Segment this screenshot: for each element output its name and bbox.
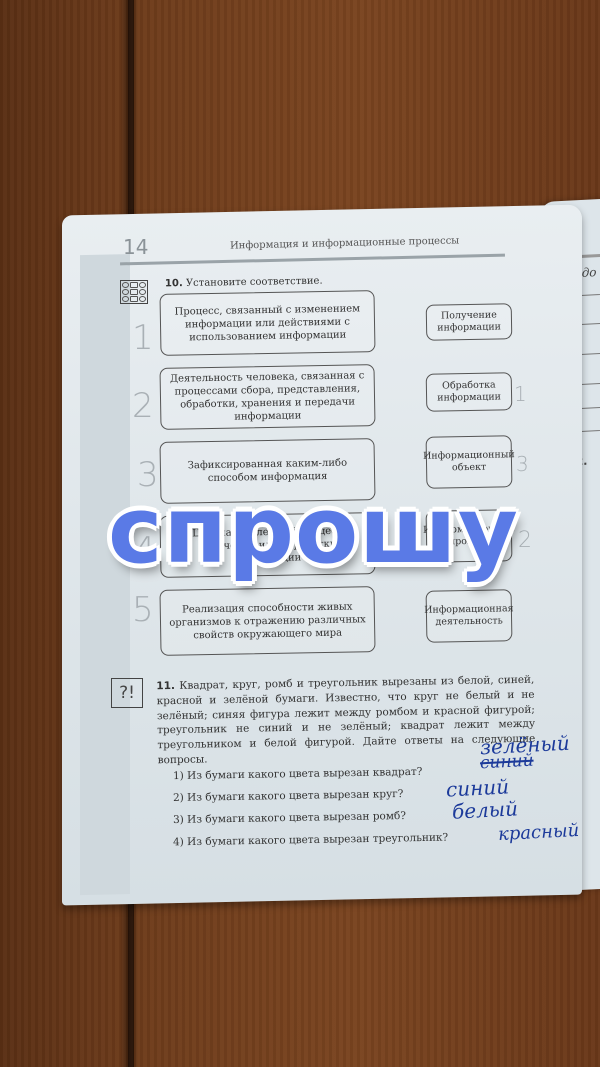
- task-11-body: Квадрат, круг, ромб и треугольник выреза…: [157, 674, 536, 767]
- definition-box-5: Реализация способности живых организмов …: [159, 586, 375, 656]
- pencil-mark-right-4: 2: [518, 528, 532, 553]
- term-box-5: Информационная деятельность: [426, 589, 513, 642]
- pencil-mark-right-3: 3: [516, 452, 529, 476]
- task-11-number: 11.: [156, 680, 175, 692]
- task-10-number: 10.: [165, 278, 183, 289]
- matching-task-icon: [120, 280, 148, 304]
- pencil-number-2: 2: [132, 386, 154, 426]
- pencil-number-5: 5: [132, 590, 154, 630]
- pencil-mark-right-2: 1: [514, 382, 527, 406]
- page-number: 14: [123, 235, 148, 259]
- definition-box-1: Процесс, связанный с изменением информац…: [159, 290, 375, 356]
- term-box-2: Обработка информации: [426, 372, 513, 411]
- handwritten-answer-3: белый: [451, 796, 518, 823]
- crossed-out-answer-1: синий: [480, 751, 535, 774]
- definition-box-2: Деятельность человека, связанная с проце…: [159, 364, 375, 430]
- handwritten-answer-4: красный: [498, 820, 580, 845]
- pencil-number-1: 1: [132, 318, 154, 358]
- watermark-overlay: спрошу: [108, 485, 519, 577]
- term-box-1: Получение информации: [426, 303, 513, 340]
- puzzle-task-icon: ?!: [111, 678, 143, 708]
